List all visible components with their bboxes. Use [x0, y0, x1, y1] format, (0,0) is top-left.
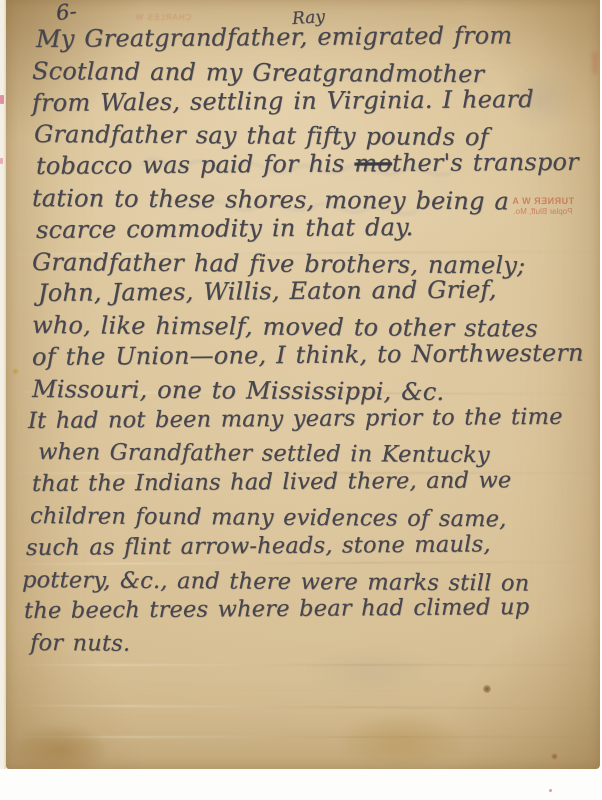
handwritten-line: John, James, Willis, Eaton and Grief, — [38, 274, 598, 310]
handwritten-line: of the Union—one, I think, to Northweste… — [32, 338, 598, 374]
stain-spot — [483, 685, 491, 693]
scan-edge-strip — [0, 0, 6, 769]
stain — [342, 716, 462, 768]
handwritten-line: the beech trees where bear had climed up — [24, 592, 598, 628]
paper-crease — [6, 664, 600, 666]
paper-crease — [6, 704, 600, 709]
handwritten-line: from Wales, settling in Virginia. I hear… — [32, 83, 598, 119]
stain — [14, 726, 106, 769]
paper-page: CHARLES W TURNER W A Poplar Bluff, Mo. 6… — [6, 0, 600, 769]
handwritten-line-with-strikethrough: tobacco was paid for his mother's transp… — [36, 147, 598, 183]
handwritten-text-block: My Greatgrandfather, emigrated from Scot… — [32, 24, 598, 660]
struck-out-letters: mo — [354, 149, 392, 177]
bleed-through-print-fragment: CHARLES W — [108, 13, 218, 22]
dust-speck — [549, 789, 552, 792]
scanned-document: CHARLES W TURNER W A Poplar Bluff, Mo. 6… — [0, 0, 602, 800]
edge-mark — [0, 158, 3, 164]
paper-crease — [6, 736, 600, 738]
stain-spot — [551, 753, 558, 760]
handwritten-line: scarce commodity in that day. — [36, 210, 598, 246]
line-text-post: ther's transpor — [392, 148, 579, 177]
page-number: 6- — [55, 0, 78, 25]
line-text-pre: tobacco was paid for his — [36, 150, 355, 180]
handwritten-line: that the Indians had lived there, and we — [32, 465, 598, 501]
edge-mark — [0, 95, 4, 104]
handwritten-line: My Greatgrandfather, emigrated from — [36, 20, 598, 56]
handwritten-line: for nuts. — [30, 628, 598, 664]
handwritten-line: It had not been many years prior to the … — [28, 401, 598, 437]
stain-spot — [12, 368, 19, 375]
handwritten-line: such as flint arrow-heads, stone mauls, — [26, 528, 598, 564]
